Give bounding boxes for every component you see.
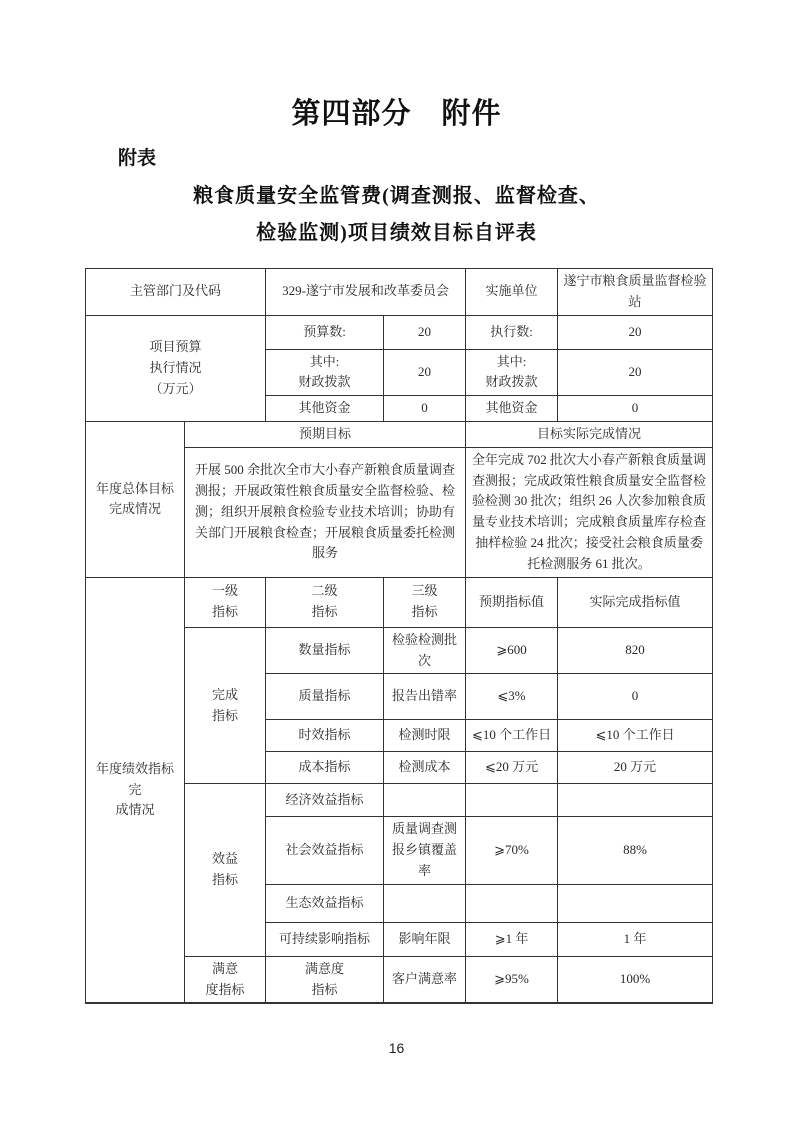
cost-level3-cell: 检测成本 — [384, 752, 466, 784]
social-expected-cell: ⩾70% — [466, 817, 558, 884]
quality-indicator-cell: 质量指标 — [266, 674, 384, 720]
timeliness-indicator-cell: 时效指标 — [266, 720, 384, 752]
cost-actual-cell: 20 万元 — [558, 752, 713, 784]
quantity-level3-cell: 检验检测批 次 — [384, 627, 466, 674]
impl-unit-value-cell: 遂宁市粮食质量监督检验 站 — [558, 269, 713, 316]
other-funds-budget-label-cell: 其他资金 — [266, 396, 384, 422]
sustain-indicator-cell: 可持续影响指标 — [266, 922, 384, 956]
empty-cell — [466, 884, 558, 922]
budget-number-value-cell: 20 — [384, 315, 466, 349]
quality-expected-cell: ⩽3% — [466, 674, 558, 720]
dept-code-label-cell: 主管部门及代码 — [86, 269, 266, 316]
satisfaction-level2-cell: 满意度 指标 — [266, 956, 384, 1003]
indicator-section-label-cell: 年度绩效指标完 成情况 — [86, 577, 185, 1003]
empty-cell — [558, 884, 713, 922]
satisfaction-level3-cell: 客户满意率 — [384, 956, 466, 1003]
other-funds-exec-label-cell: 其他资金 — [466, 396, 558, 422]
expected-value-header-cell: 预期指标值 — [466, 577, 558, 627]
table-title-line1: 粮食质量安全监管费(调查测报、监督检查、 — [0, 178, 793, 215]
sustain-level3-cell: 影响年限 — [384, 922, 466, 956]
expected-goal-header-cell: 预期目标 — [185, 421, 466, 447]
timeliness-level3-cell: 检测时限 — [384, 720, 466, 752]
level1-header-cell: 一级 指标 — [185, 577, 266, 627]
table-row: 年度总体目标 完成情况 预期目标 目标实际完成情况 — [86, 421, 713, 447]
empty-cell — [384, 784, 466, 817]
fiscal-exec-value-cell: 20 — [558, 349, 713, 396]
page-number: 16 — [0, 1040, 793, 1056]
satisfaction-actual-cell: 100% — [558, 956, 713, 1003]
sustain-actual-cell: 1 年 — [558, 922, 713, 956]
level2-header-cell: 二级 指标 — [266, 577, 384, 627]
fiscal-exec-label-cell: 其中: 财政拨款 — [466, 349, 558, 396]
table-row: 主管部门及代码 329-遂宁市发展和改革委员会 实施单位 遂宁市粮食质量监督检验… — [86, 269, 713, 316]
empty-cell — [558, 784, 713, 817]
eco-benefit-cell: 生态效益指标 — [266, 884, 384, 922]
dept-code-value-cell: 329-遂宁市发展和改革委员会 — [266, 269, 466, 316]
self-evaluation-table: 主管部门及代码 329-遂宁市发展和改革委员会 实施单位 遂宁市粮食质量监督检验… — [85, 268, 713, 1004]
cost-indicator-cell: 成本指标 — [266, 752, 384, 784]
quality-level3-cell: 报告出错率 — [384, 674, 466, 720]
level3-header-cell: 三级 指标 — [384, 577, 466, 627]
impl-unit-label-cell: 实施单位 — [466, 269, 558, 316]
actual-value-header-cell: 实际完成指标值 — [558, 577, 713, 627]
empty-cell — [466, 784, 558, 817]
fiscal-budget-value-cell: 20 — [384, 349, 466, 396]
social-benefit-cell: 社会效益指标 — [266, 817, 384, 884]
satisfaction-level1-cell: 满意 度指标 — [185, 956, 266, 1003]
budget-section-label-cell: 项目预算 执行情况 （万元） — [86, 315, 266, 421]
cost-expected-cell: ⩽20 万元 — [466, 752, 558, 784]
quality-actual-cell: 0 — [558, 674, 713, 720]
completion-indicator-cell: 完成 指标 — [185, 627, 266, 784]
social-actual-cell: 88% — [558, 817, 713, 884]
timeliness-actual-cell: ⩽10 个工作日 — [558, 720, 713, 752]
table-title: 粮食质量安全监管费(调查测报、监督检查、 检验监测)项目绩效目标自评表 — [0, 178, 793, 252]
table-row: 年度绩效指标完 成情况 一级 指标 二级 指标 三级 指标 预期指标值 实际完成… — [86, 577, 713, 627]
actual-goal-header-cell: 目标实际完成情况 — [466, 421, 713, 447]
empty-cell — [384, 884, 466, 922]
section-title: 第四部分 附件 — [0, 96, 793, 132]
quantity-expected-cell: ⩾600 — [466, 627, 558, 674]
document-page: 第四部分 附件 附表 粮食质量安全监管费(调查测报、监督检查、 检验监测)项目绩… — [0, 0, 793, 1122]
table-row: 项目预算 执行情况 （万元） 预算数: 20 执行数: 20 — [86, 315, 713, 349]
other-funds-exec-value-cell: 0 — [558, 396, 713, 422]
fiscal-budget-label-cell: 其中: 财政拨款 — [266, 349, 384, 396]
budget-number-label-cell: 预算数: — [266, 315, 384, 349]
social-level3-cell: 质量调查测 报乡镇覆盖 率 — [384, 817, 466, 884]
economic-benefit-cell: 经济效益指标 — [266, 784, 384, 817]
timeliness-expected-cell: ⩽10 个工作日 — [466, 720, 558, 752]
expected-goal-text-cell: 开展 500 余批次全市大小春产新粮食质量调查测报；开展政策性粮食质量安全监督检… — [185, 447, 466, 577]
exec-number-value-cell: 20 — [558, 315, 713, 349]
quantity-actual-cell: 820 — [558, 627, 713, 674]
other-funds-budget-value-cell: 0 — [384, 396, 466, 422]
actual-goal-text-cell: 全年完成 702 批次大小春产新粮食质量调查测报；完成政策性粮食质量安全监督检验… — [466, 447, 713, 577]
table-title-line2: 检验监测)项目绩效目标自评表 — [0, 215, 793, 252]
quantity-indicator-cell: 数量指标 — [266, 627, 384, 674]
sustain-expected-cell: ⩾1 年 — [466, 922, 558, 956]
attachment-label: 附表 — [118, 146, 793, 172]
annual-goal-section-label-cell: 年度总体目标 完成情况 — [86, 421, 185, 577]
benefit-indicator-cell: 效益 指标 — [185, 784, 266, 956]
satisfaction-expected-cell: ⩾95% — [466, 956, 558, 1003]
exec-number-label-cell: 执行数: — [466, 315, 558, 349]
